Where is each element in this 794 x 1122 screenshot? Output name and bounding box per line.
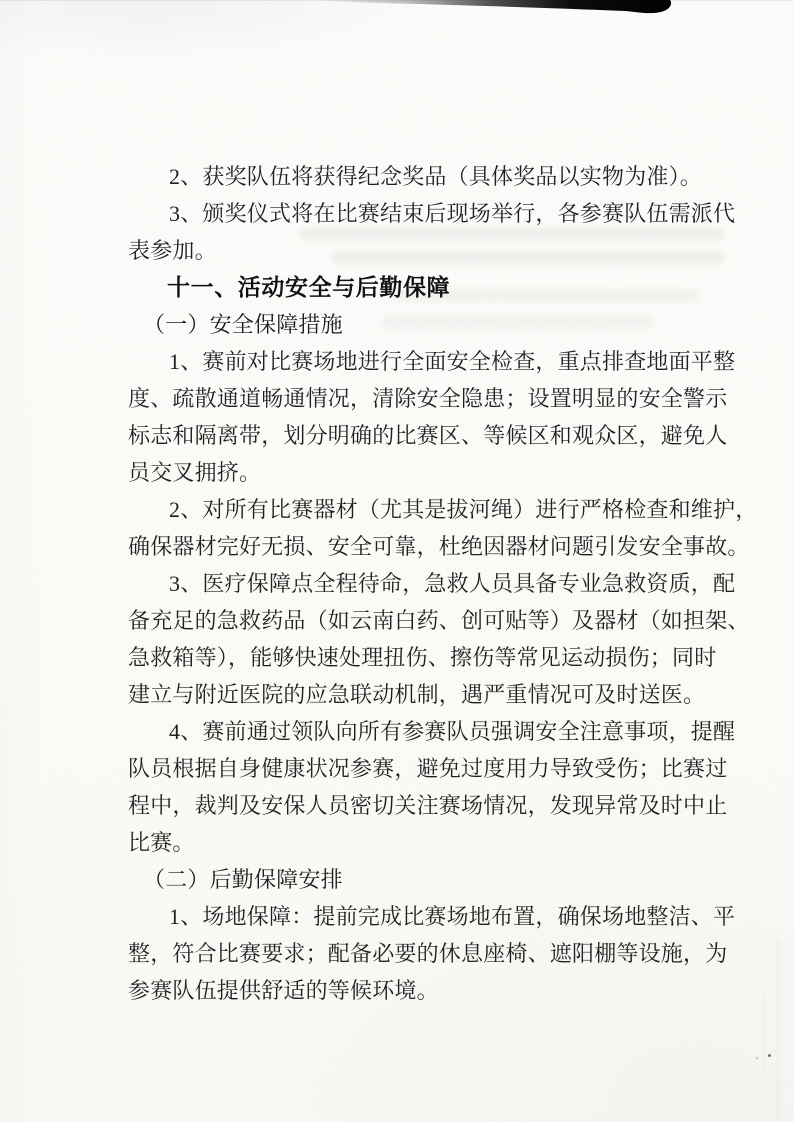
scan-speck-artifact xyxy=(768,1054,771,1057)
text-line: 3、颁奖仪式将在比赛结束后现场举行，各参赛队伍需派代 xyxy=(128,195,758,232)
text-line: 表参加。 xyxy=(128,232,758,269)
scan-speck-artifact xyxy=(756,1057,758,1059)
text-line: 整，符合比赛要求；配备必要的休息座椅、遮阳棚等设施，为 xyxy=(128,935,758,972)
text-line: 员交叉拥挤。 xyxy=(128,454,758,491)
scan-streak-artifact xyxy=(0,0,794,30)
text-line: 参赛队伍提供舒适的等候环境。 xyxy=(128,972,758,1009)
subsection-heading: （二）后勤保障安排 xyxy=(128,861,758,898)
scan-edge-shadow xyxy=(764,995,765,1075)
text-line: 备充足的急救药品（如云南白药、创可贴等）及器材（如担架、 xyxy=(128,602,758,639)
section-heading: 十一、活动安全与后勤保障 xyxy=(128,269,758,306)
text-line: 2、获奖队伍将获得纪念奖品（具体奖品以实物为准）。 xyxy=(128,158,758,195)
document-page: 2、获奖队伍将获得纪念奖品（具体奖品以实物为准）。 3、颁奖仪式将在比赛结束后现… xyxy=(0,0,794,1122)
text-line: 标志和隔离带，划分明确的比赛区、等候区和观众区，避免人 xyxy=(128,417,758,454)
text-line: 1、赛前对比赛场地进行全面安全检查，重点排查地面平整 xyxy=(128,343,758,380)
text-line: 4、赛前通过领队向所有参赛队员强调安全注意事项，提醒 xyxy=(128,713,758,750)
text-line: 急救箱等），能够快速处理扭伤、擦伤等常见运动损伤；同时 xyxy=(128,639,758,676)
text-line: 确保器材完好无损、安全可靠，杜绝因器材问题引发安全事故。 xyxy=(128,528,758,565)
text-line: 队员根据自身健康状况参赛，避免过度用力导致受伤；比赛过 xyxy=(128,750,758,787)
scan-edge-shadow xyxy=(777,940,779,1122)
document-text: 2、获奖队伍将获得纪念奖品（具体奖品以实物为准）。 3、颁奖仪式将在比赛结束后现… xyxy=(128,158,758,1009)
text-line: 程中，裁判及安保人员密切关注赛场情况，发现异常及时中止 xyxy=(128,787,758,824)
text-line: 3、医疗保障点全程待命，急救人员具备专业急救资质，配 xyxy=(128,565,758,602)
text-line: 度、疏散通道畅通情况，清除安全隐患；设置明显的安全警示 xyxy=(128,380,758,417)
text-line: 2、对所有比赛器材（尤其是拔河绳）进行严格检查和维护， xyxy=(128,491,758,528)
subsection-heading: （一）安全保障措施 xyxy=(128,306,758,343)
text-line: 建立与附近医院的应急联动机制，遇严重情况可及时送医。 xyxy=(128,676,758,713)
text-line: 1、场地保障：提前完成比赛场地布置，确保场地整洁、平 xyxy=(128,898,758,935)
text-line: 比赛。 xyxy=(128,824,758,861)
